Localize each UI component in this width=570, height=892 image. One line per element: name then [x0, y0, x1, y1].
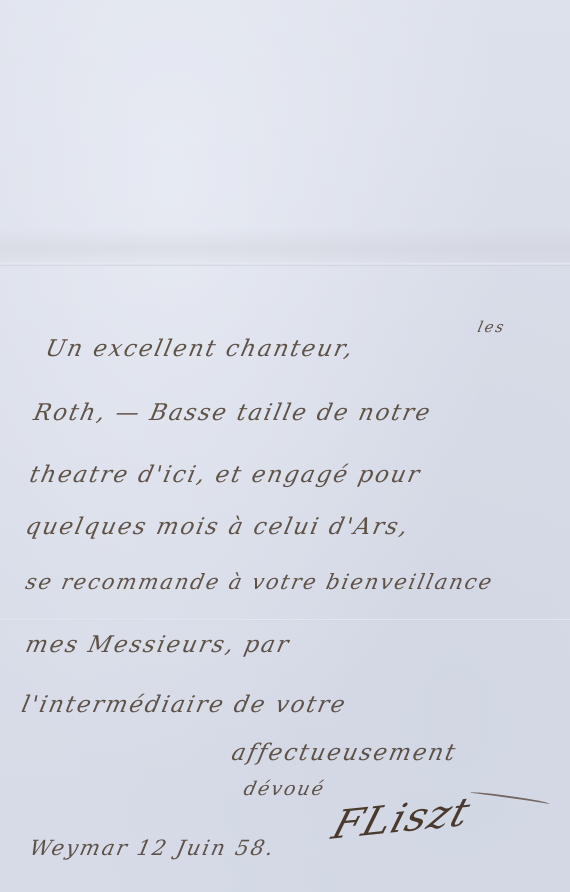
signature: FLiszt: [327, 789, 476, 848]
interlinear-note: les: [476, 318, 507, 336]
letter-page: les Un excellent chanteur, Roth, — Basse…: [0, 0, 570, 892]
body-line-3: theatre d'ici, et engagé pour: [27, 462, 423, 488]
dateline: Weymar 12 Juin 58.: [27, 836, 277, 860]
body-line-6: mes Messieurs, par: [23, 632, 292, 658]
fold-line-upper: [0, 262, 570, 266]
body-line-4: quelques mois à celui d'Ars,: [23, 514, 412, 540]
closing-line-2: dévoué: [242, 778, 328, 800]
closing-line-1: affectueusement: [229, 740, 459, 766]
body-line-7: l'intermédiaire de votre: [19, 692, 349, 718]
signature-flourish: [470, 790, 550, 806]
body-line-5: se recommande à votre bienveillance: [23, 570, 495, 594]
body-line-2: Roth, — Basse taille de notre: [31, 400, 434, 426]
body-line-1: Un excellent chanteur,: [43, 336, 356, 362]
fold-line-lower: [0, 619, 570, 621]
